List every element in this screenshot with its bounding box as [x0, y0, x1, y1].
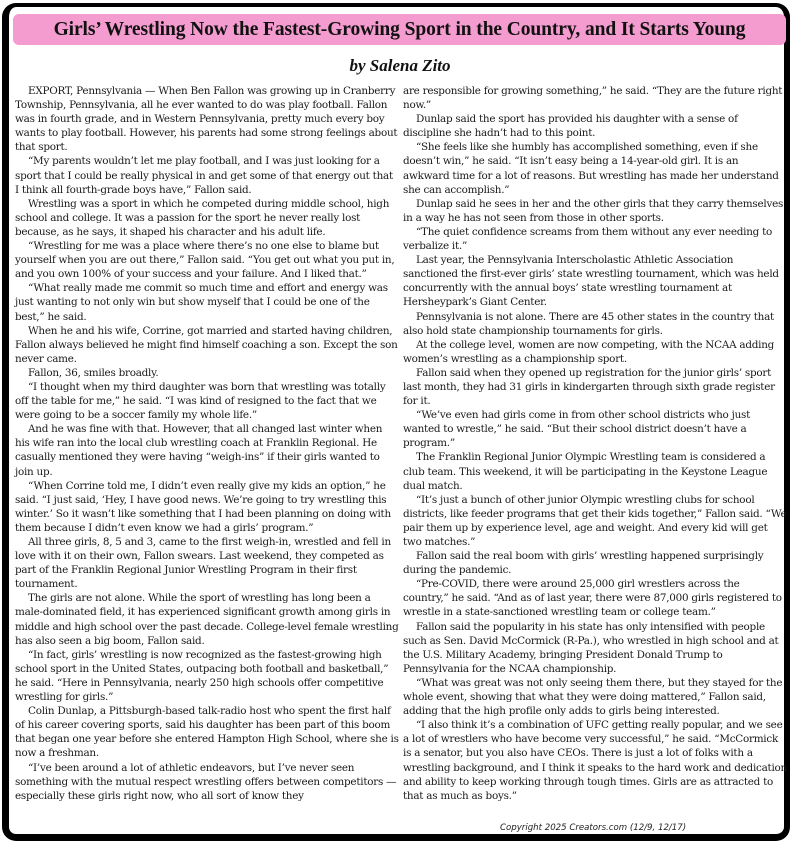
paragraph: “We’ve even had girls come in from other… [403, 408, 787, 450]
paragraph: “She feels like she humbly has accomplis… [403, 140, 787, 196]
paragraph: “The quiet confidence screams from them … [403, 225, 787, 253]
article-title: Girls’ Wrestling Now the Fastest-Growing… [54, 19, 746, 41]
paragraph: “Pre-COVID, there were around 25,000 gir… [403, 577, 787, 619]
paragraph: “My parents wouldn’t let me play footbal… [15, 154, 399, 196]
paragraph: EXPORT, Pennsylvania — When Ben Fallon w… [15, 84, 399, 154]
paragraph: “What was great was not only seeing them… [403, 676, 787, 718]
paragraph: Fallon said when they opened up registra… [403, 366, 787, 408]
paragraph: Fallon said the real boom with girls’ wr… [403, 549, 787, 577]
copyright-notice: Copyright 2025 Creators.com (12/9, 12/17… [500, 823, 700, 833]
paragraph: At the college level, women are now comp… [403, 338, 787, 366]
paragraph: “In fact, girls’ wrestling is now recogn… [15, 648, 399, 704]
paragraph: Pennsylvania is not alone. There are 45 … [403, 310, 787, 338]
right-column: are responsible for growing something,” … [403, 84, 787, 803]
paragraph: Fallon, 36, smiles broadly. [15, 366, 399, 380]
title-band: Girls’ Wrestling Now the Fastest-Growing… [13, 14, 786, 45]
byline: by Salena Zito [0, 56, 800, 76]
paragraph: Colin Dunlap, a Pittsburgh-based talk-ra… [15, 704, 399, 760]
paragraph: All three girls, 8, 5 and 3, came to the… [15, 535, 399, 591]
paragraph: Dunlap said the sport has provided his d… [403, 112, 787, 140]
paragraph: The girls are not alone. While the sport… [15, 591, 399, 647]
paragraph: “I thought when my third daughter was bo… [15, 380, 399, 422]
paragraph: Wrestling was a sport in which he compet… [15, 197, 399, 239]
paragraph: And he was fine with that. However, that… [15, 422, 399, 478]
paragraph-continuation: are responsible for growing something,” … [403, 84, 787, 112]
paragraph: The Franklin Regional Junior Olympic Wre… [403, 450, 787, 492]
paragraph: “It’s just a bunch of other junior Olymp… [403, 493, 787, 549]
paragraph: “What really made me commit so much time… [15, 281, 399, 323]
paragraph: “I also think it’s a combination of UFC … [403, 718, 787, 803]
paragraph: “When Corrine told me, I didn’t even rea… [15, 479, 399, 535]
paragraph: When he and his wife, Corrine, got marri… [15, 324, 399, 366]
paragraph: “I’ve been around a lot of athletic ende… [15, 761, 399, 803]
paragraph: “Wrestling for me was a place where ther… [15, 239, 399, 281]
paragraph: Dunlap said he sees in her and the other… [403, 197, 787, 225]
paragraph: Last year, the Pennsylvania Interscholas… [403, 253, 787, 309]
left-column: EXPORT, Pennsylvania — When Ben Fallon w… [15, 84, 399, 803]
paragraph: Fallon said the popularity in his state … [403, 620, 787, 676]
